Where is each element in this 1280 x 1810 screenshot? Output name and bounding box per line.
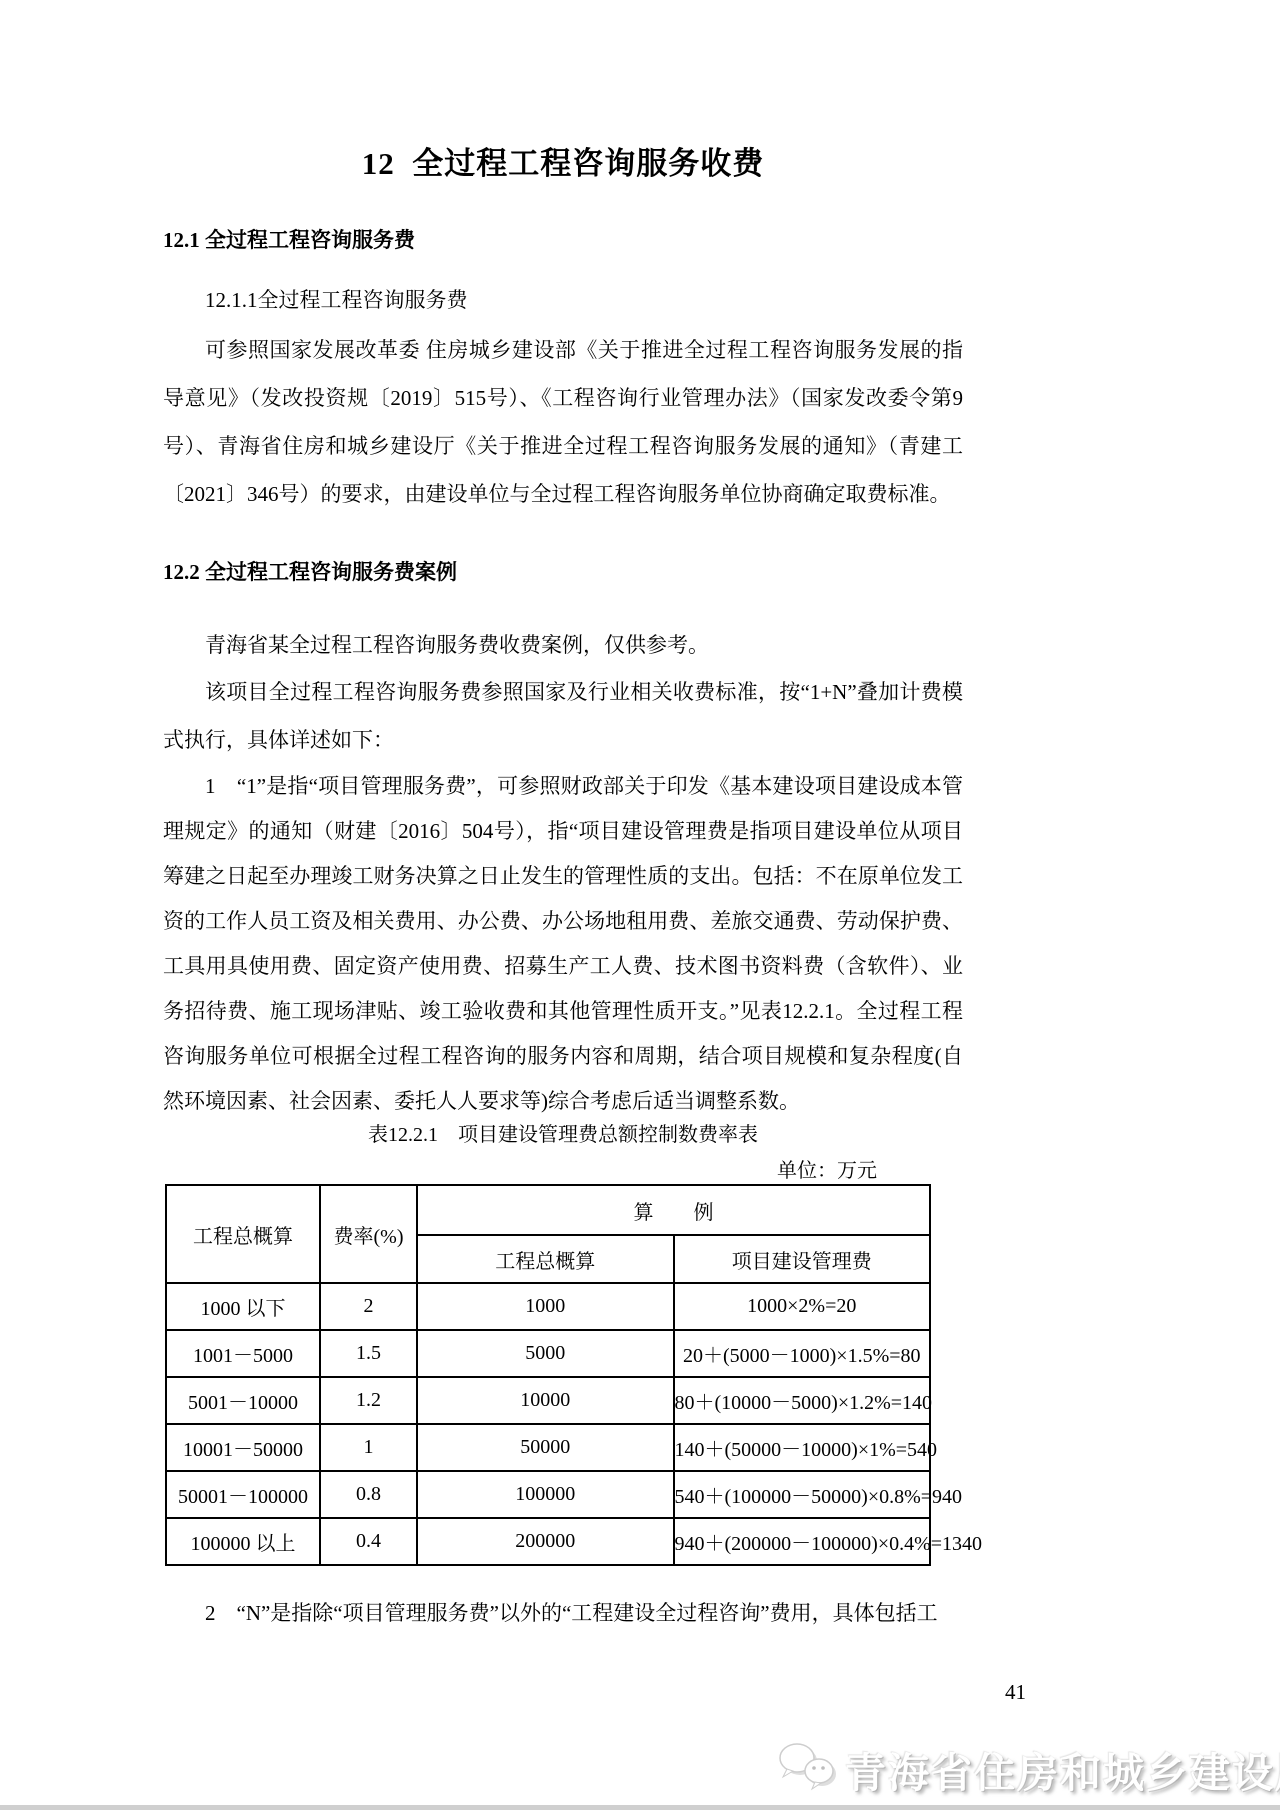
table-cell: 5000 bbox=[417, 1330, 674, 1377]
table-cell: 140＋(50000－10000)×1%=540 bbox=[674, 1424, 931, 1471]
table-unit-note: 单位：万元 bbox=[163, 1154, 929, 1183]
table-cell: 50000 bbox=[417, 1424, 674, 1471]
col-header-rate: 费率(%) bbox=[320, 1185, 417, 1283]
table-row: 5001－10000 1.2 10000 80＋(10000－5000)×1.2… bbox=[166, 1377, 930, 1424]
table-cell: 20＋(5000－1000)×1.5%=80 bbox=[674, 1330, 931, 1377]
table-cell: 0.4 bbox=[320, 1518, 417, 1565]
col-subheader-budget: 工程总概算 bbox=[417, 1235, 674, 1283]
table-cell: 1000×2%=20 bbox=[674, 1283, 931, 1330]
table-cell: 540＋(100000－50000)×0.8%=940 bbox=[674, 1471, 931, 1518]
section-heading-12-2: 12.2 全过程工程咨询服务费案例 bbox=[163, 556, 963, 586]
page-bottom-edge bbox=[0, 1805, 1280, 1810]
table-row: 100000 以上 0.4 200000 940＋(200000－100000)… bbox=[166, 1518, 930, 1565]
table-row: 1000 以下 2 1000 1000×2%=20 bbox=[166, 1283, 930, 1330]
table-cell: 940＋(200000－100000)×0.4%=1340 bbox=[674, 1518, 931, 1565]
table-row: 1001－5000 1.5 5000 20＋(5000－1000)×1.5%=8… bbox=[166, 1330, 930, 1377]
fee-rate-table: 工程总概算 费率(%) 算 例 工程总概算 项目建设管理费 1000 以下 2 … bbox=[165, 1184, 931, 1566]
paragraph-12-2-item2: 2 “N”是指除“项目管理服务费”以外的“工程建设全过程咨询”费用，具体包括工 bbox=[163, 1589, 963, 1637]
footer-brand-text: 青海省住房和城乡建设厅 bbox=[845, 1740, 1280, 1799]
col-header-example-group: 算 例 bbox=[417, 1185, 930, 1235]
table-cell: 1 bbox=[320, 1424, 417, 1471]
table-row: 50001－100000 0.8 100000 540＋(100000－5000… bbox=[166, 1471, 930, 1518]
table-cell: 5001－10000 bbox=[166, 1377, 320, 1424]
table-cell: 80＋(10000－5000)×1.2%=140 bbox=[674, 1377, 931, 1424]
table-header-row: 工程总概算 费率(%) 算 例 bbox=[166, 1185, 930, 1235]
footer-brand: 青海省住房和城乡建设厅 bbox=[775, 1738, 1280, 1801]
paragraph-12-1: 可参照国家发展改革委 住房城乡建设部《关于推进全过程工程咨询服务发展的指导意见》… bbox=[163, 326, 963, 518]
table-cell: 1.2 bbox=[320, 1377, 417, 1424]
table-cell: 2 bbox=[320, 1283, 417, 1330]
wechat-icon bbox=[775, 1738, 841, 1801]
table-row: 10001－50000 1 50000 140＋(50000－10000)×1%… bbox=[166, 1424, 930, 1471]
table-cell: 10000 bbox=[417, 1377, 674, 1424]
table-cell: 1.5 bbox=[320, 1330, 417, 1377]
table-cell: 10001－50000 bbox=[166, 1424, 320, 1471]
table-cell: 100000 bbox=[417, 1471, 674, 1518]
table-cell: 50001－100000 bbox=[166, 1471, 320, 1518]
page-number: 41 bbox=[1005, 1680, 1026, 1705]
table-cell: 1000 bbox=[417, 1283, 674, 1330]
subsection-heading-12-1-1: 12.1.1全过程工程咨询服务费 bbox=[163, 284, 1005, 314]
paragraph-12-2-intro: 青海省某全过程工程咨询服务费收费案例，仅供参考。 bbox=[163, 621, 963, 669]
col-subheader-mgmt-fee: 项目建设管理费 bbox=[674, 1235, 931, 1283]
section-heading-12-1: 12.1 全过程工程咨询服务费 bbox=[163, 224, 963, 254]
table-caption: 表12.2.1 项目建设管理费总额控制数费率表 bbox=[163, 1118, 963, 1147]
table-cell: 0.8 bbox=[320, 1471, 417, 1518]
paragraph-12-2-item1: 1 “1”是指“项目管理服务费”，可参照财政部关于印发《基本建设项目建设成本管理… bbox=[163, 764, 963, 1124]
page-title: 12 全过程工程咨询服务收费 bbox=[163, 138, 963, 183]
table-cell: 1000 以下 bbox=[166, 1283, 320, 1330]
table-cell: 200000 bbox=[417, 1518, 674, 1565]
table-cell: 1001－5000 bbox=[166, 1330, 320, 1377]
col-header-budget: 工程总概算 bbox=[166, 1185, 320, 1283]
paragraph-12-2-mode: 该项目全过程工程咨询服务费参照国家及行业相关收费标准，按“1+N”叠加计费模式执… bbox=[163, 668, 963, 764]
document-page: 12 全过程工程咨询服务收费 12.1 全过程工程咨询服务费 12.1.1全过程… bbox=[0, 0, 1280, 1810]
table-cell: 100000 以上 bbox=[166, 1518, 320, 1565]
